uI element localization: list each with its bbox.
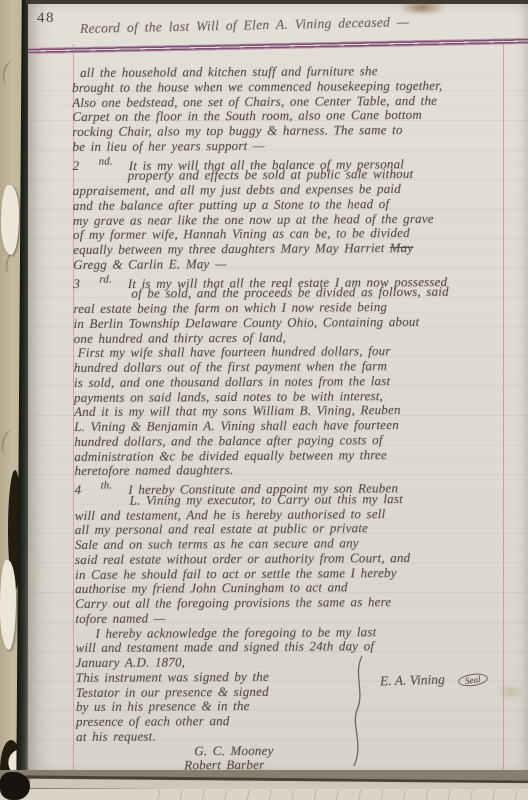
manuscript-line-text: of be sold, and the proceeds be divided … [131, 284, 449, 301]
witness-brace [348, 654, 374, 768]
section-number-suffix: rd. [99, 273, 112, 285]
showthrough-script-mark [0, 58, 22, 87]
section-number-suffix: nd. [99, 155, 113, 167]
manuscript-line-text: equally between my three daughters Mary … [73, 240, 385, 257]
manuscript-line-text: by us in his presence & in the [76, 698, 250, 714]
manuscript-line-text: Testator in our presence & signed [76, 683, 269, 699]
section-number-suffix: th. [101, 480, 113, 492]
testator-signature: E. A. ViningSeal [380, 671, 488, 690]
manuscript-line-text: one hundred and thirty acres of land, [74, 329, 286, 345]
torn-paper-patch [0, 560, 16, 650]
manuscript-line-text: presence of each other and [76, 713, 230, 729]
manuscript-line-text: G. C. Mooney [194, 742, 273, 757]
header-double-rule [28, 38, 528, 54]
section-number: 2 [73, 159, 99, 174]
manuscript-line-text: heretofore named daughters. [74, 462, 233, 478]
ink-stain [398, 0, 446, 15]
manuscript-line-text: Carry out all the foregoing provisions t… [75, 594, 391, 611]
struck-word: May [390, 240, 414, 255]
binding-shadow-corner [0, 772, 30, 800]
manuscript-line-text: This instrument was signed by the [76, 669, 269, 685]
age-stain [498, 684, 524, 700]
page-number: 48 [37, 10, 55, 27]
manuscript-line-text: January A.D. 1870, [76, 654, 186, 670]
manuscript-line-text: tofore named — [75, 610, 165, 626]
manuscript-line-text: at his request. [76, 728, 156, 743]
section-number: 3 [73, 277, 99, 292]
will-record-title: Record of the last Will of Elen A. Vinin… [80, 12, 510, 37]
ledger-page: 48 Record of the last Will of Elen A. Vi… [28, 4, 528, 780]
manuscript-line-text: in Berlin Township Delaware County Ohio,… [74, 314, 420, 331]
manuscript-body: all the household and kitchen stuff and … [72, 63, 524, 774]
scanned-will-record-page: 48 Record of the last Will of Elen A. Vi… [0, 0, 528, 800]
seal-oval: Seal [457, 672, 488, 688]
torn-paper-patch [1, 185, 19, 255]
manuscript-line-text: be in lieu of her years support — [72, 138, 264, 154]
manuscript-line-text: in Case he should fail to act or settle … [75, 565, 397, 582]
signature-name: E. A. Vining [380, 672, 445, 689]
next-page-script-marks [150, 790, 520, 800]
manuscript-line-text: Gregg & Carlin E. May — [73, 256, 227, 272]
manuscript-line-text: administration &c be divided equally bet… [74, 447, 387, 464]
manuscript-line-text: will and testament made and signed this … [76, 638, 375, 655]
manuscript-line-text: rocking Chair, also my top buggy & harne… [72, 122, 402, 139]
section-number: 4 [75, 483, 101, 498]
